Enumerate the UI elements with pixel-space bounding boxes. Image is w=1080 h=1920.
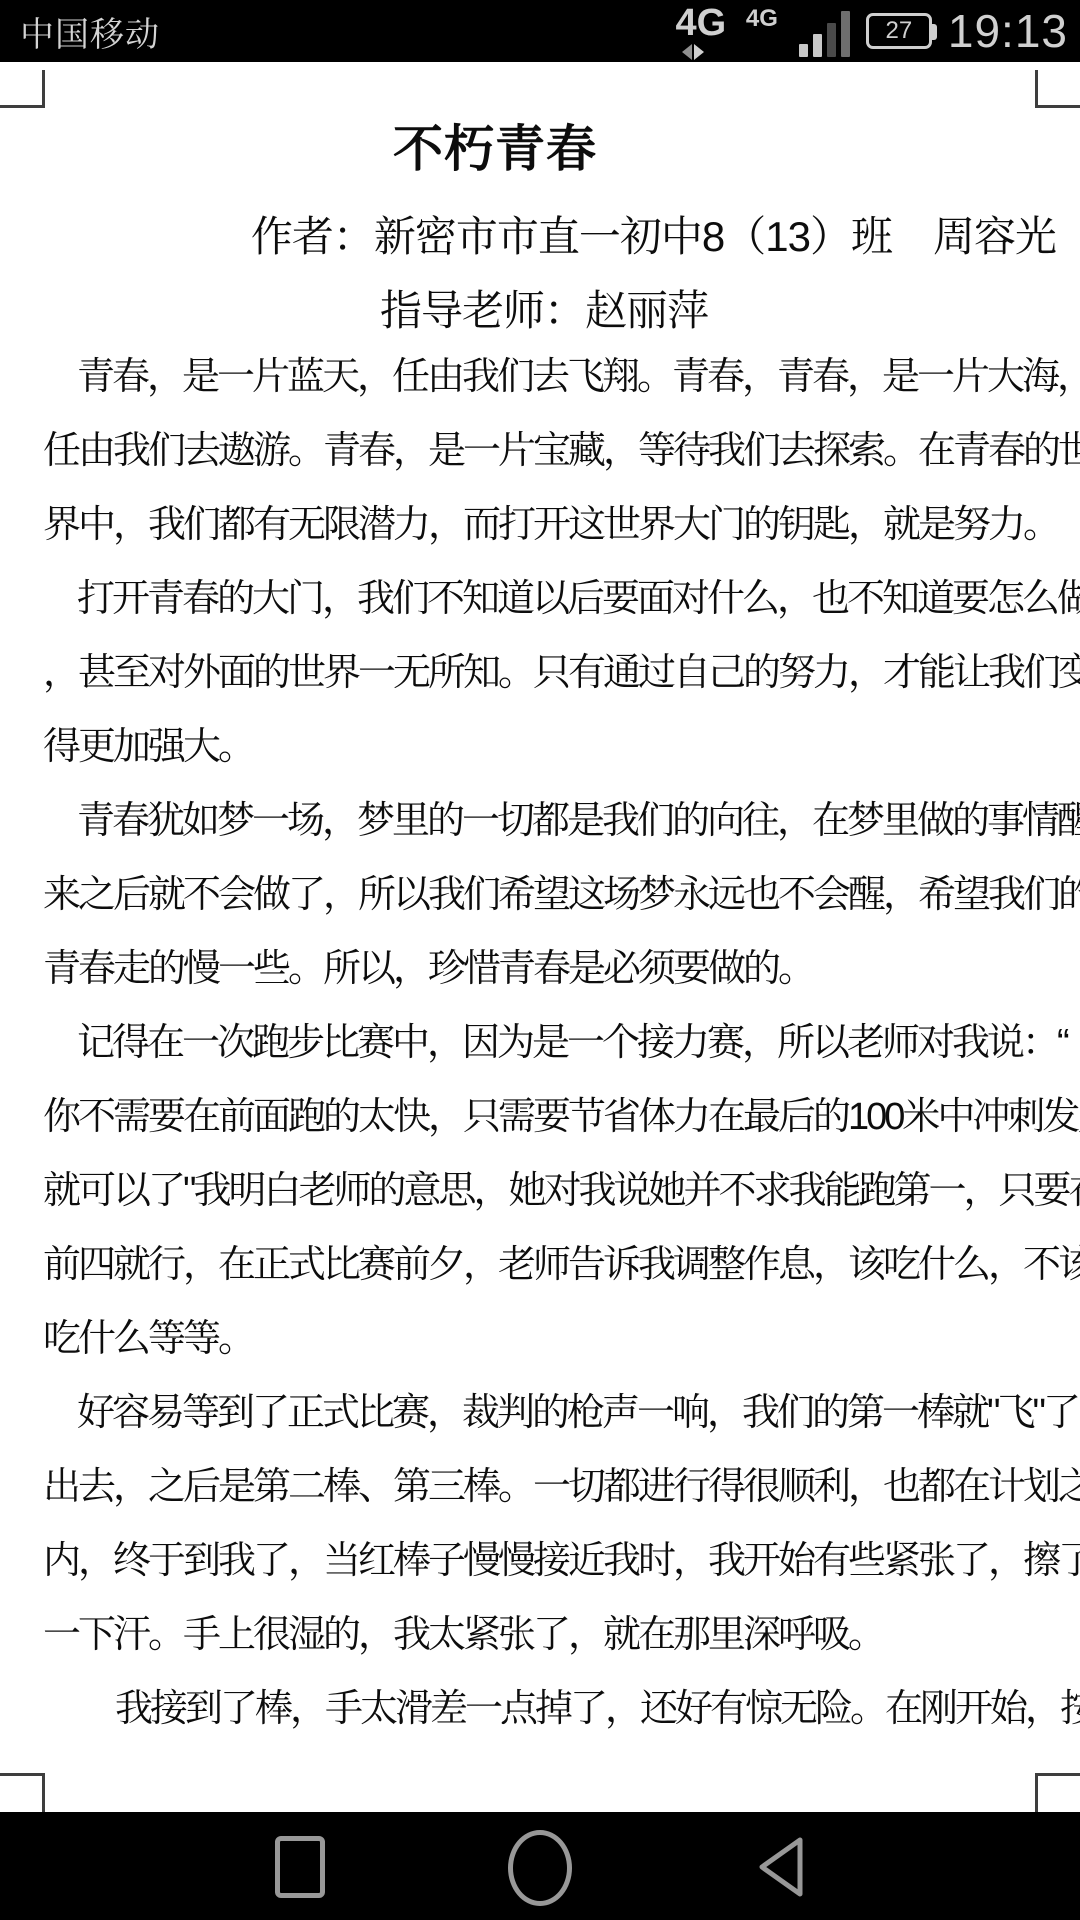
text-line: ，甚至对外面的世界一无所知。只有通过自己的努力，才能让我们变 [0, 636, 1080, 710]
crop-mark-top-right-v [1035, 70, 1038, 108]
crop-mark-bottom-right-h [1035, 1773, 1080, 1776]
text-line: 界中，我们都有无限潜力，而打开这世界大门的钥匙，就是努力。 [0, 488, 1080, 562]
status-bar: 中国移动 4G 4G 27 19:13 [0, 0, 1080, 62]
text-line: 我接到了棒，手太滑差一点掉了，还好有惊无险。在刚开始，按 [0, 1672, 1080, 1746]
text-line: 任由我们去遨游。青春，是一片宝藏，等待我们去探索。在青春的世 [0, 414, 1080, 488]
signal-bar [827, 23, 836, 57]
battery-percent: 27 [886, 17, 913, 45]
signal-bar [841, 11, 850, 57]
signal-strength-icon [799, 11, 850, 57]
network-4g-secondary-icon: 4G [746, 5, 850, 61]
text-line: 得更加强大。 [0, 710, 1080, 784]
text-line: 前四就行，在正式比赛前夕，老师告诉我调整作息，该吃什么，不该 [0, 1228, 1080, 1302]
text-line: 青春犹如梦一场，梦里的一切都是我们的向往，在梦里做的事情醒 [0, 784, 1080, 858]
crop-mark-top-left-v [42, 70, 45, 108]
android-nav-bar [0, 1812, 1080, 1920]
text-line: 打开青春的大门，我们不知道以后要面对什么，也不知道要怎么做 [0, 562, 1080, 636]
text-line: 青春走的慢一些。所以，珍惜青春是必须要做的。 [0, 932, 1080, 1006]
download-arrow-icon [682, 44, 692, 60]
crop-mark-top-right-h [1035, 105, 1080, 108]
home-button[interactable] [508, 1830, 572, 1906]
text-line: 吃什么等等。 [0, 1302, 1080, 1376]
crop-mark-bottom-left-v [42, 1773, 45, 1812]
carrier-label: 中国移动 [20, 7, 160, 56]
status-icons: 4G 4G 27 19:13 [672, 0, 1068, 62]
text-line: 出去，之后是第二棒、第三棒。一切都进行得很顺利，也都在计划之 [0, 1450, 1080, 1524]
text-line: 记得在一次跑步比赛中，因为是一个接力赛，所以老师对我说：“ [0, 1006, 1080, 1080]
status-clock: 19:13 [948, 4, 1068, 58]
signal-bar [813, 34, 822, 57]
text-line: 好容易等到了正式比赛，裁判的枪声一响，我们的第一棒就"飞"了 [0, 1376, 1080, 1450]
text-line: 内，终于到我了，当红棒子慢慢接近我时，我开始有些紧张了，擦了 [0, 1524, 1080, 1598]
text-line: 你不需要在前面跑的太快，只需要节省体力在最后的100米中冲刺发力 [0, 1080, 1080, 1154]
data-activity-arrows-icon [682, 44, 704, 60]
author-line: 作者：新密市市直一初中8（13）班 周容光 [0, 208, 1080, 266]
network-4g-primary-icon: 4G [672, 4, 730, 60]
text-line: 青春，是一片蓝天，任由我们去飞翔。青春，青春，是一片大海， [0, 340, 1080, 414]
text-line: 来之后就不会做了，所以我们希望这场梦永远也不会醒，希望我们的 [0, 858, 1080, 932]
phone-screen: 中国移动 4G 4G 27 19:13 [0, 0, 1080, 1920]
back-button[interactable] [752, 1834, 810, 1900]
battery-nub [932, 24, 937, 40]
battery-icon: 27 [866, 13, 932, 49]
crop-mark-bottom-left-h [0, 1773, 45, 1776]
crop-mark-bottom-right-v [1035, 1773, 1038, 1812]
text-line: 一下汗。手上很湿的，我太紧张了，就在那里深呼吸。 [0, 1598, 1080, 1672]
page-title: 不朽青春 [0, 118, 1035, 180]
upload-arrow-icon [694, 44, 704, 60]
text-line: 就可以了"我明白老师的意思，她对我说她并不求我能跑第一，只要在 [0, 1154, 1080, 1228]
teacher-line: 指导老师：赵丽萍 [0, 282, 1080, 340]
recents-button[interactable] [275, 1836, 325, 1898]
crop-mark-top-left-h [0, 105, 45, 108]
signal-bar [799, 44, 808, 57]
document-page: 不朽青春 作者：新密市市直一初中8（13）班 周容光 指导老师：赵丽萍 青春，是… [0, 62, 1080, 1812]
document-body: 青春，是一片蓝天，任由我们去飞翔。青春，青春，是一片大海，任由我们去遨游。青春，… [0, 340, 1080, 1746]
